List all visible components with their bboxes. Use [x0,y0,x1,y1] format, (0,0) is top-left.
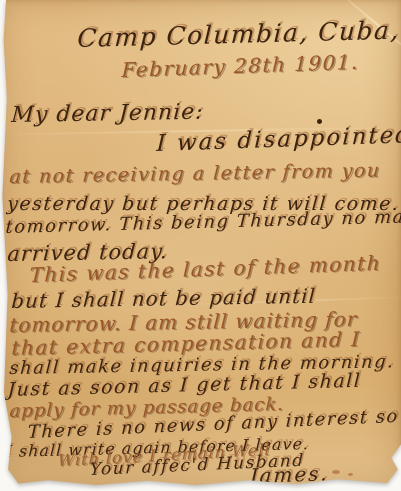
paper-fold-crease [0,127,401,136]
letter-line: tomorrow. This being Thursday no mail [5,206,401,238]
scanned-letter: Camp Columbia, Cuba, February 28th 1901.… [0,0,401,491]
signature: James. [249,461,329,488]
letter-line: at not receiving a letter from you [9,160,381,189]
letter-line: Just as soon as I get that I shall [7,370,362,401]
paper-fold-crease [331,0,401,64]
letter-line: I was disappointed [156,122,401,157]
letter-line: arrived today. [7,239,169,266]
paper-fold-crease [180,296,401,306]
heading-location: Camp Columbia, Cuba, [77,16,401,53]
letter-line: This was the last of the month [29,251,381,287]
ink-blot [317,119,322,124]
ink-smudge [348,473,353,476]
ink-smudge [332,470,340,474]
letter-line: There is no news of any interest so [27,406,399,443]
letter-line: yesterday but perhaps it will come. [6,193,400,215]
letter-line: tomorrow. I am still waiting for [9,307,358,337]
closing-line: With love I remain Well [58,440,271,470]
closing-line: Your affec'd Husband [89,451,304,480]
letter-line: shall make inquiries in the morning. [9,351,395,379]
letter-line: that extra compensation and I [11,327,361,360]
letter-paper: Camp Columbia, Cuba, February 28th 1901.… [0,0,401,491]
letter-paper-wrap: Camp Columbia, Cuba, February 28th 1901.… [0,0,401,491]
heading-date: February 28th 1901. [121,50,359,82]
letter-line: apply for my passage back. [9,394,284,422]
salutation: My dear Jennie: [11,100,205,128]
letter-line: I shall write again before I leave. [5,434,309,461]
letter-line: but I shall not be paid until [11,284,317,313]
